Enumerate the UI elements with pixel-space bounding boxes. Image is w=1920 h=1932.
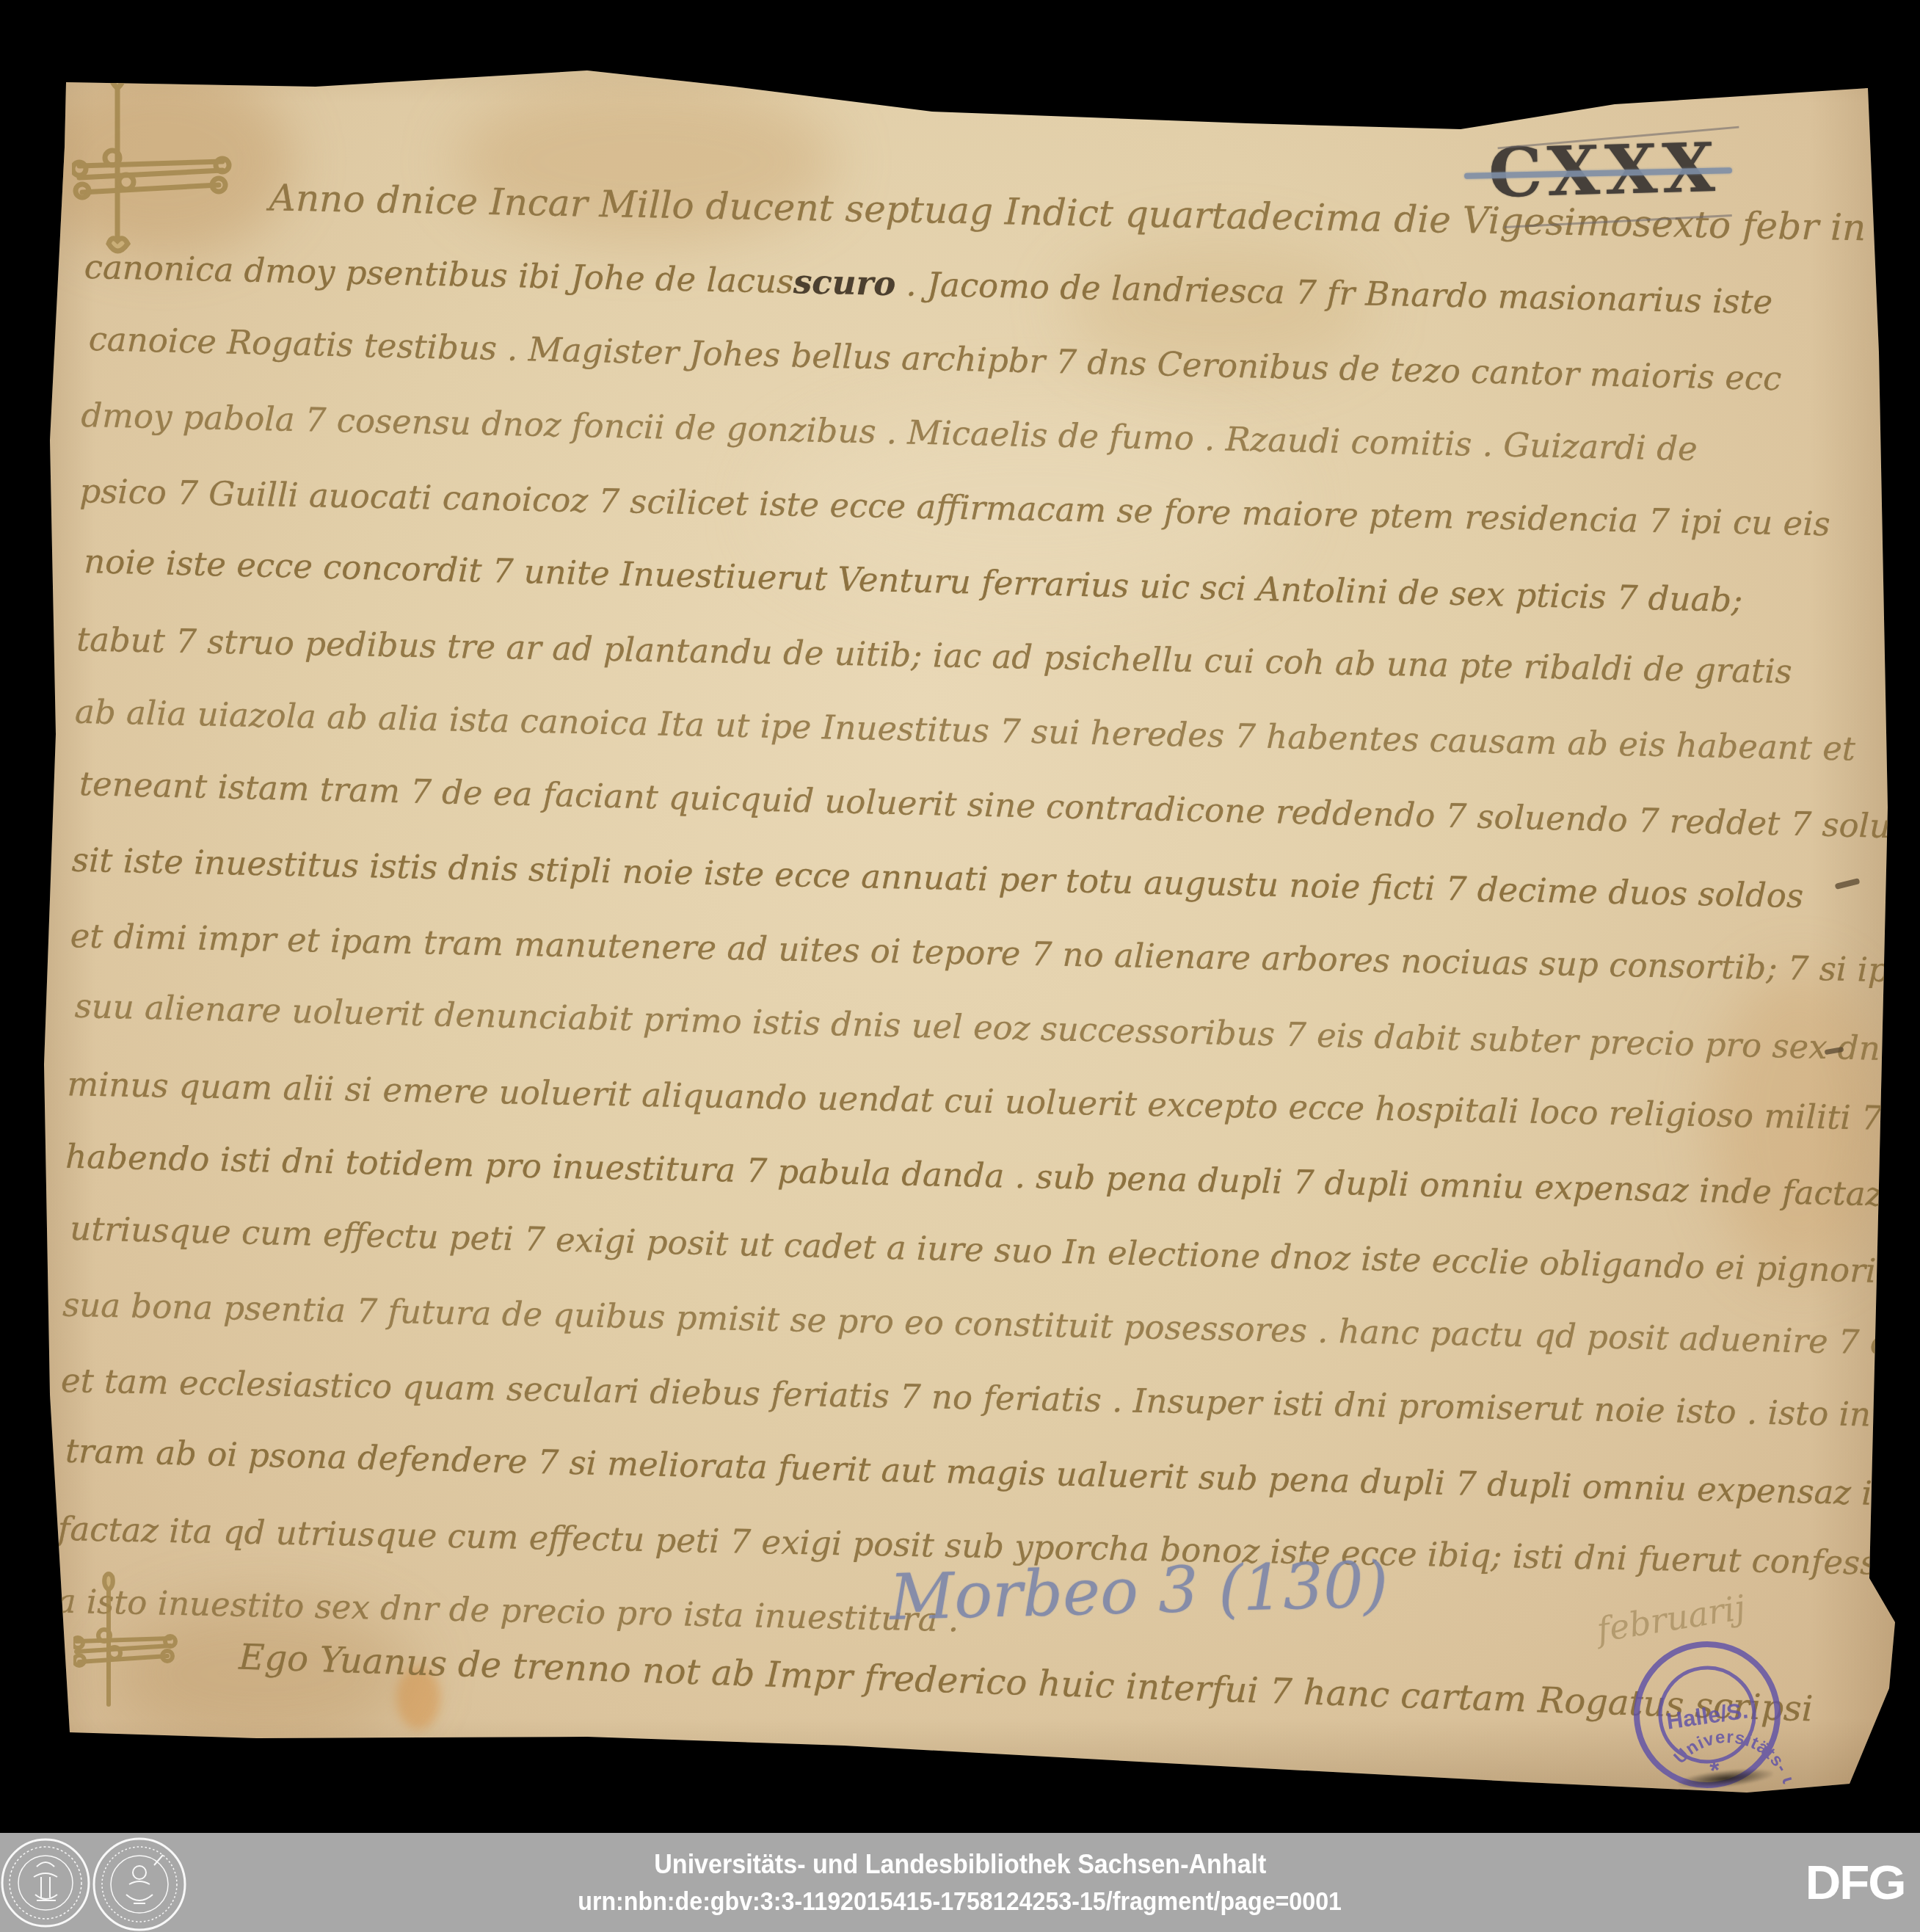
notarial-cross-icon	[73, 1571, 183, 1718]
footer-text-block: Universitäts- und Landesbibliothek Sachs…	[0, 1833, 1920, 1932]
viewer-footer: Universitäts- und Landesbibliothek Sachs…	[0, 1833, 1920, 1932]
line-segment: canonica dmoy psentibus ibi Johe de lacu…	[84, 247, 793, 301]
ink-blot	[1835, 878, 1861, 890]
document-urn: urn:nbn:de:gbv:3:3-1192015415-1758124253…	[578, 1887, 1342, 1917]
viewer-page: Anno dnice Incar Millo ducent septuag In…	[0, 0, 1920, 1932]
line-segment: . Jacomo de landriesca 7 fr Bnardo masio…	[895, 264, 1773, 322]
charter-text-block: Anno dnice Incar Millo ducent septuag In…	[56, 156, 1819, 1674]
retouched-word: scuro	[793, 262, 896, 303]
institution-name: Universitäts- und Landesbibliothek Sachs…	[654, 1849, 1266, 1880]
parchment-document: Anno dnice Incar Millo ducent septuag In…	[0, 0, 1920, 1835]
dfg-logo: DFG	[1806, 1856, 1905, 1910]
pencil-note-annotation: Morbeo 3 (130)	[889, 1548, 1389, 1635]
